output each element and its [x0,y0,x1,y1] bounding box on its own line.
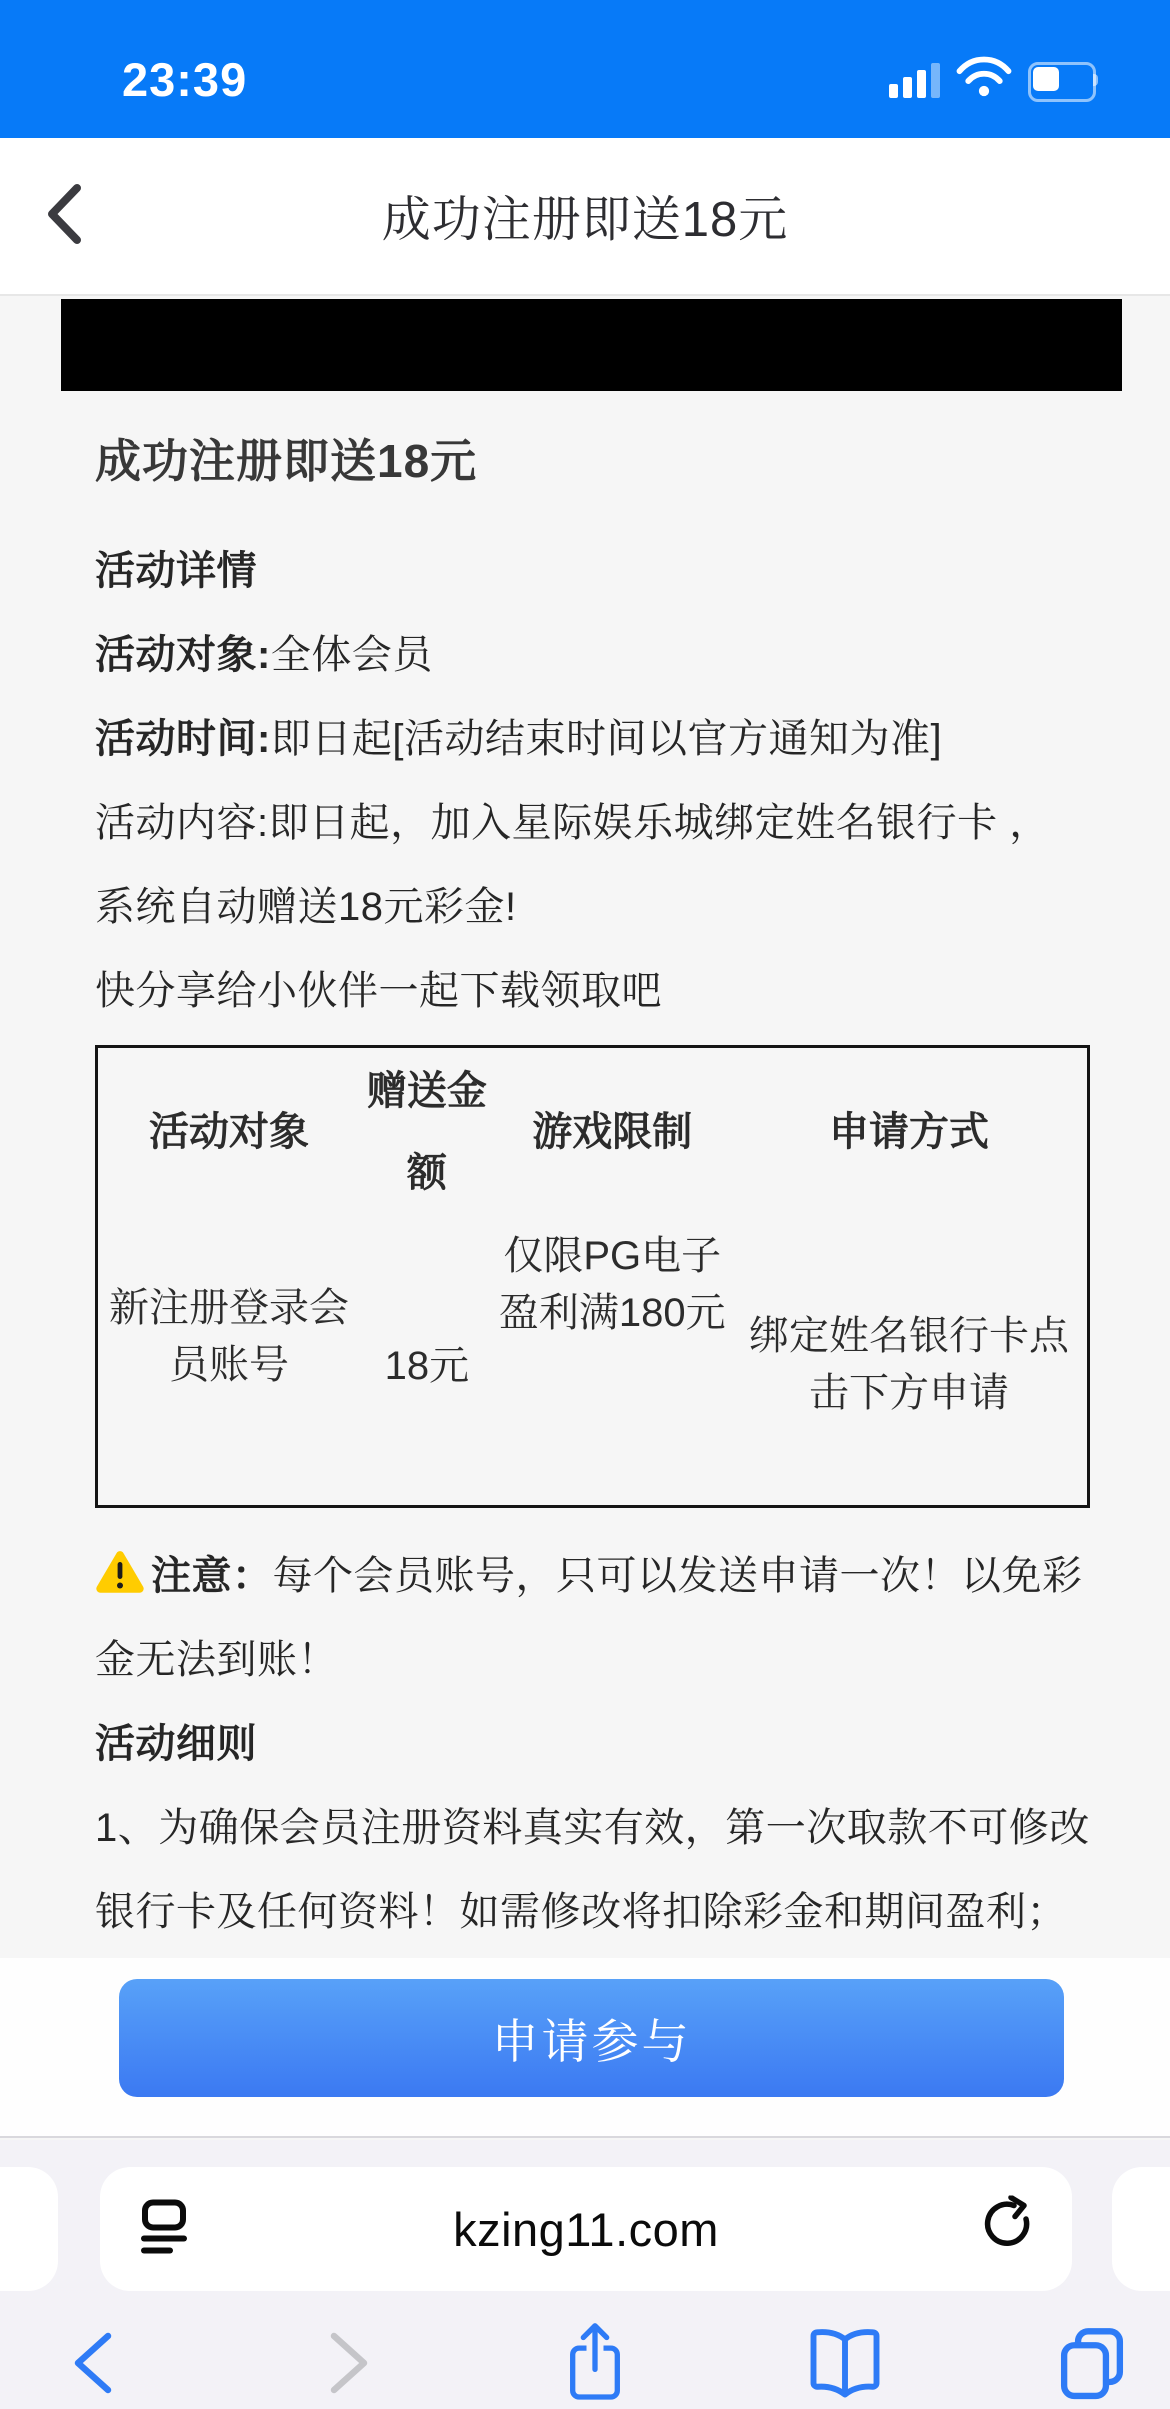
table-cell: 新注册登录会员账号 [98,1216,360,1505]
apply-button[interactable]: 申请参与 [119,1979,1064,2097]
share-icon[interactable] [550,2318,640,2408]
table-cell: 绑定姓名银行卡点击下方申请 [731,1216,1087,1505]
safari-bottom-chrome: kzing11.com [0,2140,1170,2409]
target-text: 全体会员 [271,633,433,677]
page-title: 成功注册即送18元 [0,138,1170,294]
nav-bar: 成功注册即送18元 [0,138,1170,296]
target-label: 活动对象: [95,633,271,677]
target-line: 活动对象:全体会员 [95,613,1098,697]
iphone-screen: 23:39 成功注册即送18元 [0,0,1170,2409]
section-title: 活动详情 [95,529,1098,613]
url-bar[interactable]: kzing11.com [100,2167,1072,2291]
promo-table: 活动对象 赠送金额 游戏限制 申请方式 新注册登录会员账号 18元 仅限PG电子… [95,1045,1090,1508]
table-cell: 18元 [360,1216,494,1505]
time-line: 活动时间:即日起[活动结束时间以官方通知为准] [95,697,1098,781]
previous-tab-stub[interactable] [0,2167,58,2291]
desc-line: 活动内容:即日起，加入星际娱乐城绑定姓名银行卡 ， 系统自动赠送18元彩金! [95,781,1098,949]
table-cell: 仅限PG电子盈利满180元 [494,1216,731,1505]
warning-triangle-icon [95,1549,145,1595]
reload-icon[interactable] [980,2196,1038,2263]
notice-line: 注意：每个会员账号，只可以发送申请一次！以免彩金无法到账！ [95,1534,1098,1702]
table-header: 赠送金额 [360,1048,494,1216]
tabs-icon[interactable] [1047,2318,1137,2408]
page-format-icon[interactable] [136,2196,188,2263]
apply-bar: 申请参与 [0,1958,1170,2138]
battery-icon [1028,62,1100,98]
promo-banner-image [61,299,1122,391]
rules-title: 活动细则 [95,1702,1098,1786]
table-header: 游戏限制 [494,1048,731,1216]
time-label: 活动时间: [95,717,271,761]
signal-bars-icon [889,62,940,98]
url-text: kzing11.com [453,2202,719,2257]
share-line: 快分享给小伙伴一起下载领取吧 [95,949,1098,1033]
status-icons [889,56,1100,103]
table-header: 活动对象 [98,1048,360,1216]
time-text: 即日起[活动结束时间以官方通知为准] [271,717,942,761]
status-bar: 23:39 [0,0,1170,138]
next-tab-stub[interactable] [1112,2167,1170,2291]
back-chevron-icon[interactable] [47,2318,137,2408]
wifi-icon [956,56,1012,103]
promo-heading: 成功注册即送18元 [95,435,1098,487]
notice-label: 注意： [151,1554,273,1598]
forward-chevron-icon[interactable] [305,2318,395,2408]
bookmarks-icon[interactable] [800,2318,890,2408]
status-time: 23:39 [122,52,247,107]
rule-line: 1、为确保会员注册资料真实有效，第一次取款不可修改银行卡及任何资料！如需修改将扣… [95,1786,1098,1954]
table-header: 申请方式 [731,1048,1087,1216]
